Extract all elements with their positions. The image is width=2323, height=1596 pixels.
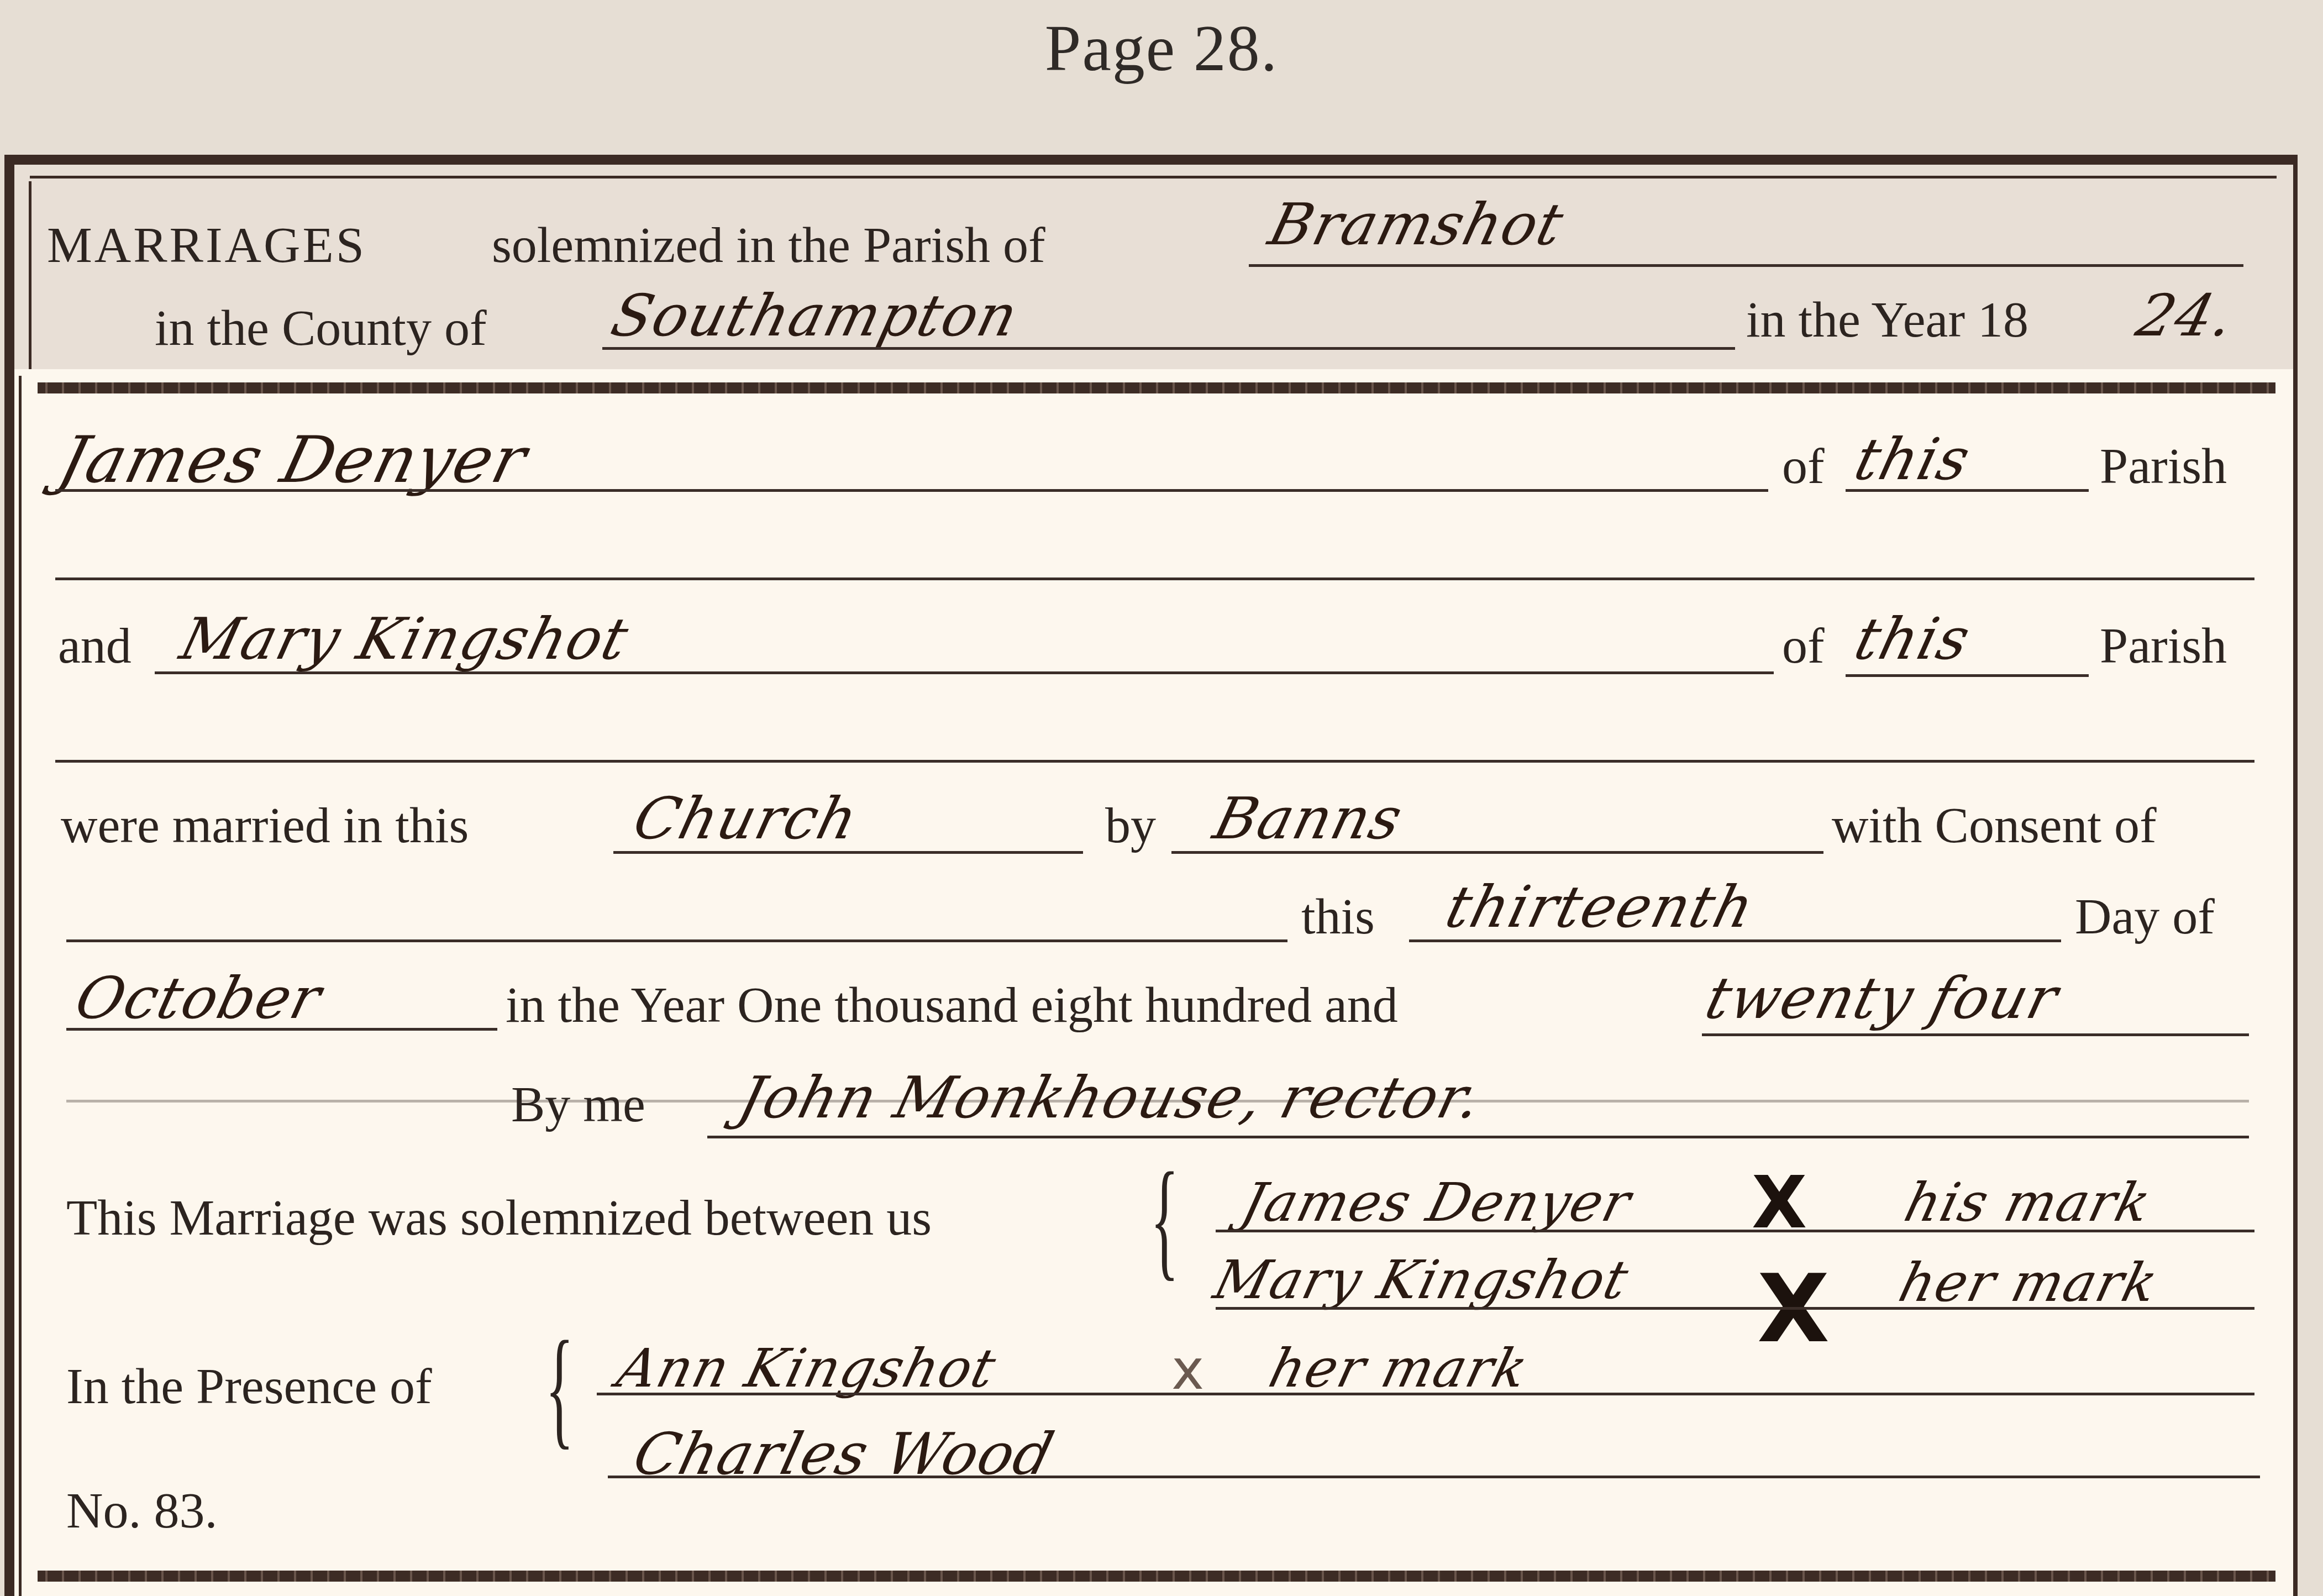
record-bottom-border — [38, 1571, 2275, 1582]
married-in-label: were married in this — [61, 796, 469, 854]
groom-parish-label: Parish — [2100, 437, 2227, 495]
this-label: this — [1301, 887, 1375, 946]
header-inner-rule — [30, 176, 2277, 179]
party-2-name: Mary Kingshot — [1208, 1249, 1635, 1311]
party-1-rule — [1216, 1230, 2254, 1232]
page-number-header: Page 28. — [0, 11, 2323, 86]
year-words-rule — [1702, 1033, 2249, 1036]
consent-rule — [66, 939, 1287, 942]
year-words-value: twenty four — [1699, 964, 2066, 1032]
witness-1-mark-label: her mark — [1263, 1337, 1534, 1399]
bride-parish-value: this — [1848, 605, 1978, 673]
bride-and-label: and — [58, 616, 132, 675]
county-name: Southampton — [605, 282, 1026, 349]
parish-name: Bramshot — [1263, 191, 1571, 258]
heading-county-label: in the County of — [155, 298, 487, 357]
day-of-label: Day of — [2075, 887, 2215, 946]
witness-1-name: Ann Kingshot — [611, 1337, 1003, 1399]
record-inner-vline — [19, 376, 22, 1596]
heading-year-value: 24. — [2130, 282, 2242, 349]
by-label: by — [1105, 796, 1156, 854]
day-value: thirteenth — [1439, 873, 1762, 941]
year-label: in the Year One thousand eight hundred a… — [506, 975, 1398, 1034]
witnesses-brace: { — [545, 1321, 574, 1453]
groom-of-label: of — [1782, 437, 1825, 495]
witness-1-rule — [597, 1393, 2254, 1395]
month-value: October — [69, 964, 329, 1032]
groom-parish-value: this — [1848, 426, 1978, 493]
consent-label: with Consent of — [1832, 796, 2157, 854]
bride-parish-rule — [1846, 674, 2089, 677]
witnesses-label: In the Presence of — [66, 1357, 432, 1415]
blank-rule-2 — [55, 760, 2254, 763]
method-value: Banns — [1207, 785, 1410, 852]
groom-parish-rule — [1846, 489, 2089, 492]
heading-marriages: MARRIAGES — [47, 216, 366, 274]
bride-parish-label: Parish — [2100, 616, 2227, 675]
record-number: No. 83. — [66, 1481, 217, 1540]
party-1-mark-label: his mark — [1899, 1172, 2158, 1233]
bride-of-label: of — [1782, 616, 1825, 675]
month-rule — [66, 1028, 497, 1031]
heading-solemnized-label: solemnized in the Parish of — [492, 216, 1045, 274]
groom-rule — [55, 489, 1768, 492]
record-top-border — [38, 382, 2275, 393]
party-2-mark-label: her mark — [1893, 1252, 2164, 1314]
county-rule — [602, 347, 1735, 350]
bride-rule — [155, 671, 1774, 674]
party-1-name: James Denyer — [1236, 1172, 1638, 1233]
day-rule — [1409, 939, 2061, 942]
parties-label: This Marriage was solemnized between us — [66, 1188, 932, 1247]
party-2-rule — [1216, 1307, 2254, 1310]
method-rule — [1171, 851, 1823, 854]
place-rule — [613, 851, 1083, 854]
heading-year-label: in the Year 18 — [1746, 290, 2028, 349]
witness-2-rule — [608, 1476, 2260, 1478]
parish-rule — [1249, 264, 2243, 267]
by-me-label: By me — [511, 1075, 645, 1133]
officiant-name: John Monkhouse, rector. — [732, 1064, 1489, 1131]
officiant-rule — [707, 1136, 2249, 1138]
parties-brace: { — [1150, 1152, 1179, 1285]
place-value: Church — [627, 785, 865, 852]
header-inner-vline — [29, 181, 31, 376]
bride-name: Mary Kingshot — [174, 605, 636, 673]
blank-rule-1 — [55, 577, 2254, 580]
groom-name: James Denyer — [51, 423, 534, 497]
